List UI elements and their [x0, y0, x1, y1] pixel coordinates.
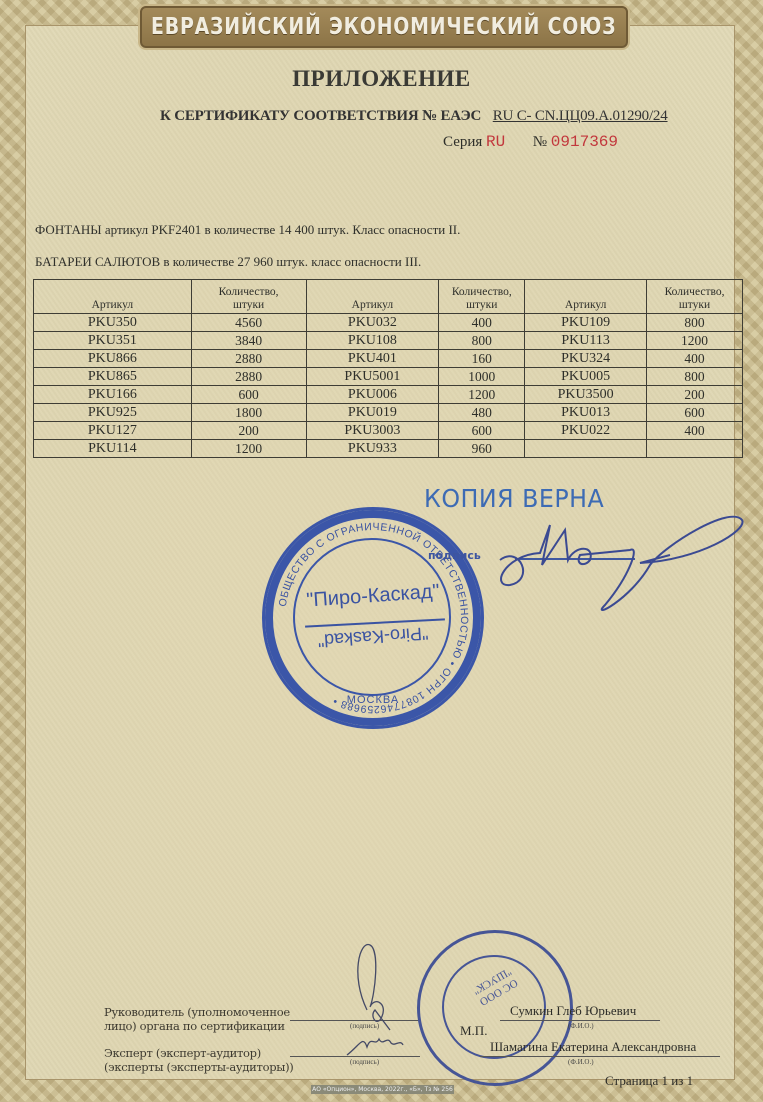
article-cell: PKU350	[34, 314, 192, 332]
cert-number: RU C- CN.ЦЦ09.А.01290/24	[493, 108, 668, 124]
cert-prefix: К СЕРТИФИКАТУ СООТВЕТСТВИЯ № ЕАЭС	[160, 108, 481, 124]
table-header-row: Артикул Количество,штуки Артикул Количес…	[34, 280, 743, 314]
column-header-article: Артикул	[34, 280, 192, 314]
expert-role-label: Эксперт (эксперт-аудитор) (эксперты (экс…	[104, 1046, 294, 1074]
quantity-cell: 800	[647, 314, 743, 332]
quantity-cell: 800	[647, 368, 743, 386]
head-role-label: Руководитель (уполномоченное лицо) орган…	[104, 1005, 290, 1033]
article-cell: PKU351	[34, 332, 192, 350]
article-cell: PKU006	[306, 386, 439, 404]
stamp-place-label: М.П.	[460, 1023, 487, 1039]
table-row: PKU9251800PKU019480PKU013600	[34, 404, 743, 422]
certificate-reference: К СЕРТИФИКАТУ СООТВЕТСТВИЯ № ЕАЭС RU C- …	[160, 108, 668, 125]
article-cell: PKU925	[34, 404, 192, 422]
quantity-cell: 200	[191, 422, 306, 440]
article-cell: PKU108	[306, 332, 439, 350]
quantity-cell: 600	[191, 386, 306, 404]
quantity-cell: 600	[647, 404, 743, 422]
table-row: PKU166600PKU0061200PKU3500200	[34, 386, 743, 404]
column-header-quantity: Количество,штуки	[439, 280, 525, 314]
quantity-cell: 2880	[191, 368, 306, 386]
quantity-cell: 1200	[647, 332, 743, 350]
quantity-cell: 400	[647, 422, 743, 440]
column-header-article: Артикул	[525, 280, 647, 314]
union-title: ЕВРАЗИЙСКИЙ ЭКОНОМИЧЕСКИЙ СОЮЗ	[151, 14, 616, 40]
quantity-cell: 2880	[191, 350, 306, 368]
article-cell: PKU865	[34, 368, 192, 386]
article-cell: PKU019	[306, 404, 439, 422]
column-header-quantity: Количество,штуки	[191, 280, 306, 314]
article-cell: PKU933	[306, 440, 439, 458]
expert-name: Шамагина Екатерина Александровна	[490, 1039, 696, 1055]
article-cell: PKU032	[306, 314, 439, 332]
article-cell: PKU114	[34, 440, 192, 458]
article-cell: PKU3500	[525, 386, 647, 404]
quantity-cell: 800	[439, 332, 525, 350]
signature-label: подпись	[428, 549, 481, 562]
article-cell: PKU324	[525, 350, 647, 368]
number-value: 0917369	[551, 133, 618, 151]
batteries-line: БАТАРЕИ САЛЮТОВ в количестве 27 960 штук…	[35, 254, 421, 270]
union-banner: ЕВРАЗИЙСКИЙ ЭКОНОМИЧЕСКИЙ СОЮЗ	[140, 6, 628, 48]
appendix-title: ПРИЛОЖЕНИЕ	[0, 66, 763, 92]
printer-strip: АО «Опцион», Москва, 2022г., «Б», Тз № 2…	[311, 1085, 454, 1094]
series-value: RU	[486, 133, 505, 151]
quantity-cell: 480	[439, 404, 525, 422]
quantity-cell: 1200	[191, 440, 306, 458]
series-label: Серия	[443, 134, 482, 150]
table-row: PKU127200PKU3003600PKU022400	[34, 422, 743, 440]
quantity-cell: 1000	[439, 368, 525, 386]
quantity-cell: 400	[647, 350, 743, 368]
table-row: PKU3513840PKU108800PKU1131200	[34, 332, 743, 350]
table-row: PKU3504560PKU032400PKU109800	[34, 314, 743, 332]
head-fio-caption: (Ф.И.О.)	[568, 1022, 594, 1030]
article-cell: PKU013	[525, 404, 647, 422]
expert-fio-caption: (Ф.И.О.)	[568, 1058, 594, 1066]
article-cell: PKU3003	[306, 422, 439, 440]
article-cell: PKU866	[34, 350, 192, 368]
head-signature	[345, 935, 405, 1060]
quantity-cell: 4560	[191, 314, 306, 332]
number-label: №	[533, 134, 547, 150]
stamp-city: МОСКВА	[265, 694, 481, 706]
column-header-article: Артикул	[306, 280, 439, 314]
table-row: PKU8652880PKU50011000PKU005800	[34, 368, 743, 386]
article-cell: PKU401	[306, 350, 439, 368]
copy-signature	[480, 505, 750, 615]
head-name: Сумкин Глеб Юрьевич	[510, 1003, 636, 1019]
article-cell: PKU109	[525, 314, 647, 332]
quantity-cell: 1200	[439, 386, 525, 404]
table-row: PKU1141200PKU933960	[34, 440, 743, 458]
quantity-cell: 160	[439, 350, 525, 368]
article-cell: PKU113	[525, 332, 647, 350]
article-cell: PKU127	[34, 422, 192, 440]
table-row: PKU8662880PKU401160PKU324400	[34, 350, 743, 368]
quantity-cell: 1800	[191, 404, 306, 422]
article-cell	[525, 440, 647, 458]
company-stamp: ОБЩЕСТВО С ОГРАНИЧЕННОЙ ОТВЕТСТВЕННОСТЬЮ…	[262, 507, 484, 729]
article-cell: PKU005	[525, 368, 647, 386]
article-cell: PKU5001	[306, 368, 439, 386]
quantity-cell: 600	[439, 422, 525, 440]
quantity-cell: 200	[647, 386, 743, 404]
article-cell: PKU166	[34, 386, 192, 404]
column-header-quantity: Количество,штуки	[647, 280, 743, 314]
quantity-cell: 400	[439, 314, 525, 332]
items-table: Артикул Количество,штуки Артикул Количес…	[33, 279, 743, 458]
article-cell: PKU022	[525, 422, 647, 440]
quantity-cell: 960	[439, 440, 525, 458]
quantity-cell	[647, 440, 743, 458]
quantity-cell: 3840	[191, 332, 306, 350]
fountains-line: ФОНТАНЫ артикул PKF2401 в количестве 14 …	[35, 222, 460, 238]
series-line: Серия RU № 0917369	[443, 133, 618, 151]
page-number: Страница 1 из 1	[605, 1073, 693, 1089]
